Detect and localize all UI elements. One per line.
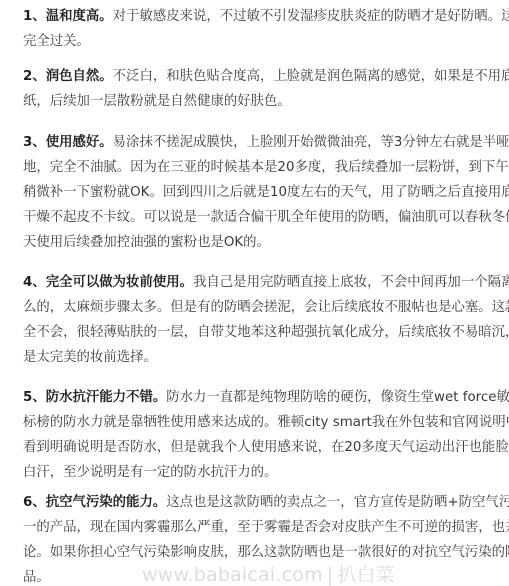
section-4-line-3: 全不会，很轻薄贴肤的一层，自带艾地苯这种超强抗氧化成分，后续底妆不易暗沉，简直就 bbox=[23, 320, 509, 345]
section-3-line-1: 3、使用感好。易涂抹不搓泥成膜快，上脸刚开始微微油亮，等3分钟左右就是半哑光的质 bbox=[23, 130, 509, 155]
watermark-site: www.babaicai.com bbox=[142, 564, 323, 586]
section-6-heading: 6、抗空气污染的能力。 bbox=[23, 495, 166, 510]
section-1-heading: 1、温和度高。 bbox=[23, 9, 113, 24]
section-2: 2、润色自然。不泛白，和肤色贴合度高，上脸就是润色隔离的感觉，如果是不用底妆的妹… bbox=[23, 64, 509, 114]
site-watermark: www.babaicai.com|扒白菜 bbox=[142, 560, 395, 586]
section-5-line-2: 标榜的防水力就是靠牺牲使用感来达成的。雅顿city smart我在外包装和官网说… bbox=[23, 410, 509, 435]
section-1-line-2: 完全过关。 bbox=[23, 29, 509, 54]
watermark-separator: | bbox=[327, 564, 334, 586]
section-5-line-4: 白汗，至少说明是有一定的防水抗汗力的。 bbox=[23, 460, 509, 485]
section-3-line-5: 天使用后续叠加控油强的蜜粉也是OK的。 bbox=[23, 230, 509, 255]
section-1: 1、温和度高。对于敏感皮来说，不过敏不引发湿疹皮肤炎症的防晒才是好防晒。这款防晒… bbox=[23, 4, 509, 54]
section-3-heading: 3、使用感好。 bbox=[23, 135, 113, 150]
section-6-line-1: 6、抗空气污染的能力。这点也是这款防晒的卖点之一，官方宣传是防晒+防空气污染二合 bbox=[23, 490, 509, 515]
section-2-line-2: 纸，后续加一层散粉就是自然健康的好肤色。 bbox=[23, 89, 509, 114]
section-2-heading: 2、润色自然。 bbox=[23, 69, 113, 84]
section-4-line-1: 4、完全可以做为妆前使用。我自己是用完防晒直接上底妆，不会中间再加一个隔离妆前什 bbox=[23, 270, 509, 295]
section-3-line-2: 地，完全不油腻。因为在三亚的时候基本是20多度，我后续叠加一层粉饼，到下午的时候 bbox=[23, 155, 509, 180]
section-3: 3、使用感好。易涂抹不搓泥成膜快，上脸刚开始微微油亮，等3分钟左右就是半哑光的质… bbox=[23, 130, 509, 255]
section-2-line-1: 2、润色自然。不泛白，和肤色贴合度高，上脸就是润色隔离的感觉，如果是不用底妆的妹 bbox=[23, 64, 509, 89]
section-4: 4、完全可以做为妆前使用。我自己是用完防晒直接上底妆，不会中间再加一个隔离妆前什… bbox=[23, 270, 509, 370]
section-5-line-1: 5、防水抗汗能力不错。防水力一直都是纯物理防啥的硬伤，像资生堂wet force… bbox=[23, 385, 509, 410]
section-5-heading: 5、防水抗汗能力不错。 bbox=[23, 390, 166, 405]
section-5-line-3: 看到明确说明是否防水，但是就我个人使用感来说，在20多度天气运动出汗也能脸上不冒 bbox=[23, 435, 509, 460]
section-3-line-4: 干燥不起皮不卡纹。可以说是一款适合偏干肌全年使用的防晒，偏油肌可以春秋冬使用，夏 bbox=[23, 205, 509, 230]
section-3-line-3: 稍微补一下蜜粉就OK。回到四川之后就是10度左右的天气，用了防晒之后直接用底妆，… bbox=[23, 180, 509, 205]
section-4-line-4: 是太完美的妆前选择。 bbox=[23, 345, 509, 370]
section-4-line-2: 么的，太麻烦步骤太多。但是有的防晒会搓泥，会让后续底妆不服帖也是心塞。这款防晒完 bbox=[23, 295, 509, 320]
section-6-line-2: 一的产品，现在国内雾霾那么严重，至于雾霾是否会对皮肤产生不可逆的损害，也并没有定 bbox=[23, 515, 509, 540]
section-1-line-1: 1、温和度高。对于敏感皮来说，不过敏不引发湿疹皮肤炎症的防晒才是好防晒。这款防晒 bbox=[23, 4, 509, 29]
section-4-heading: 4、完全可以做为妆前使用。 bbox=[23, 275, 193, 290]
watermark-brand: 扒白菜 bbox=[337, 564, 395, 586]
section-5: 5、防水抗汗能力不错。防水力一直都是纯物理防啥的硬伤，像资生堂wet force… bbox=[23, 385, 509, 485]
